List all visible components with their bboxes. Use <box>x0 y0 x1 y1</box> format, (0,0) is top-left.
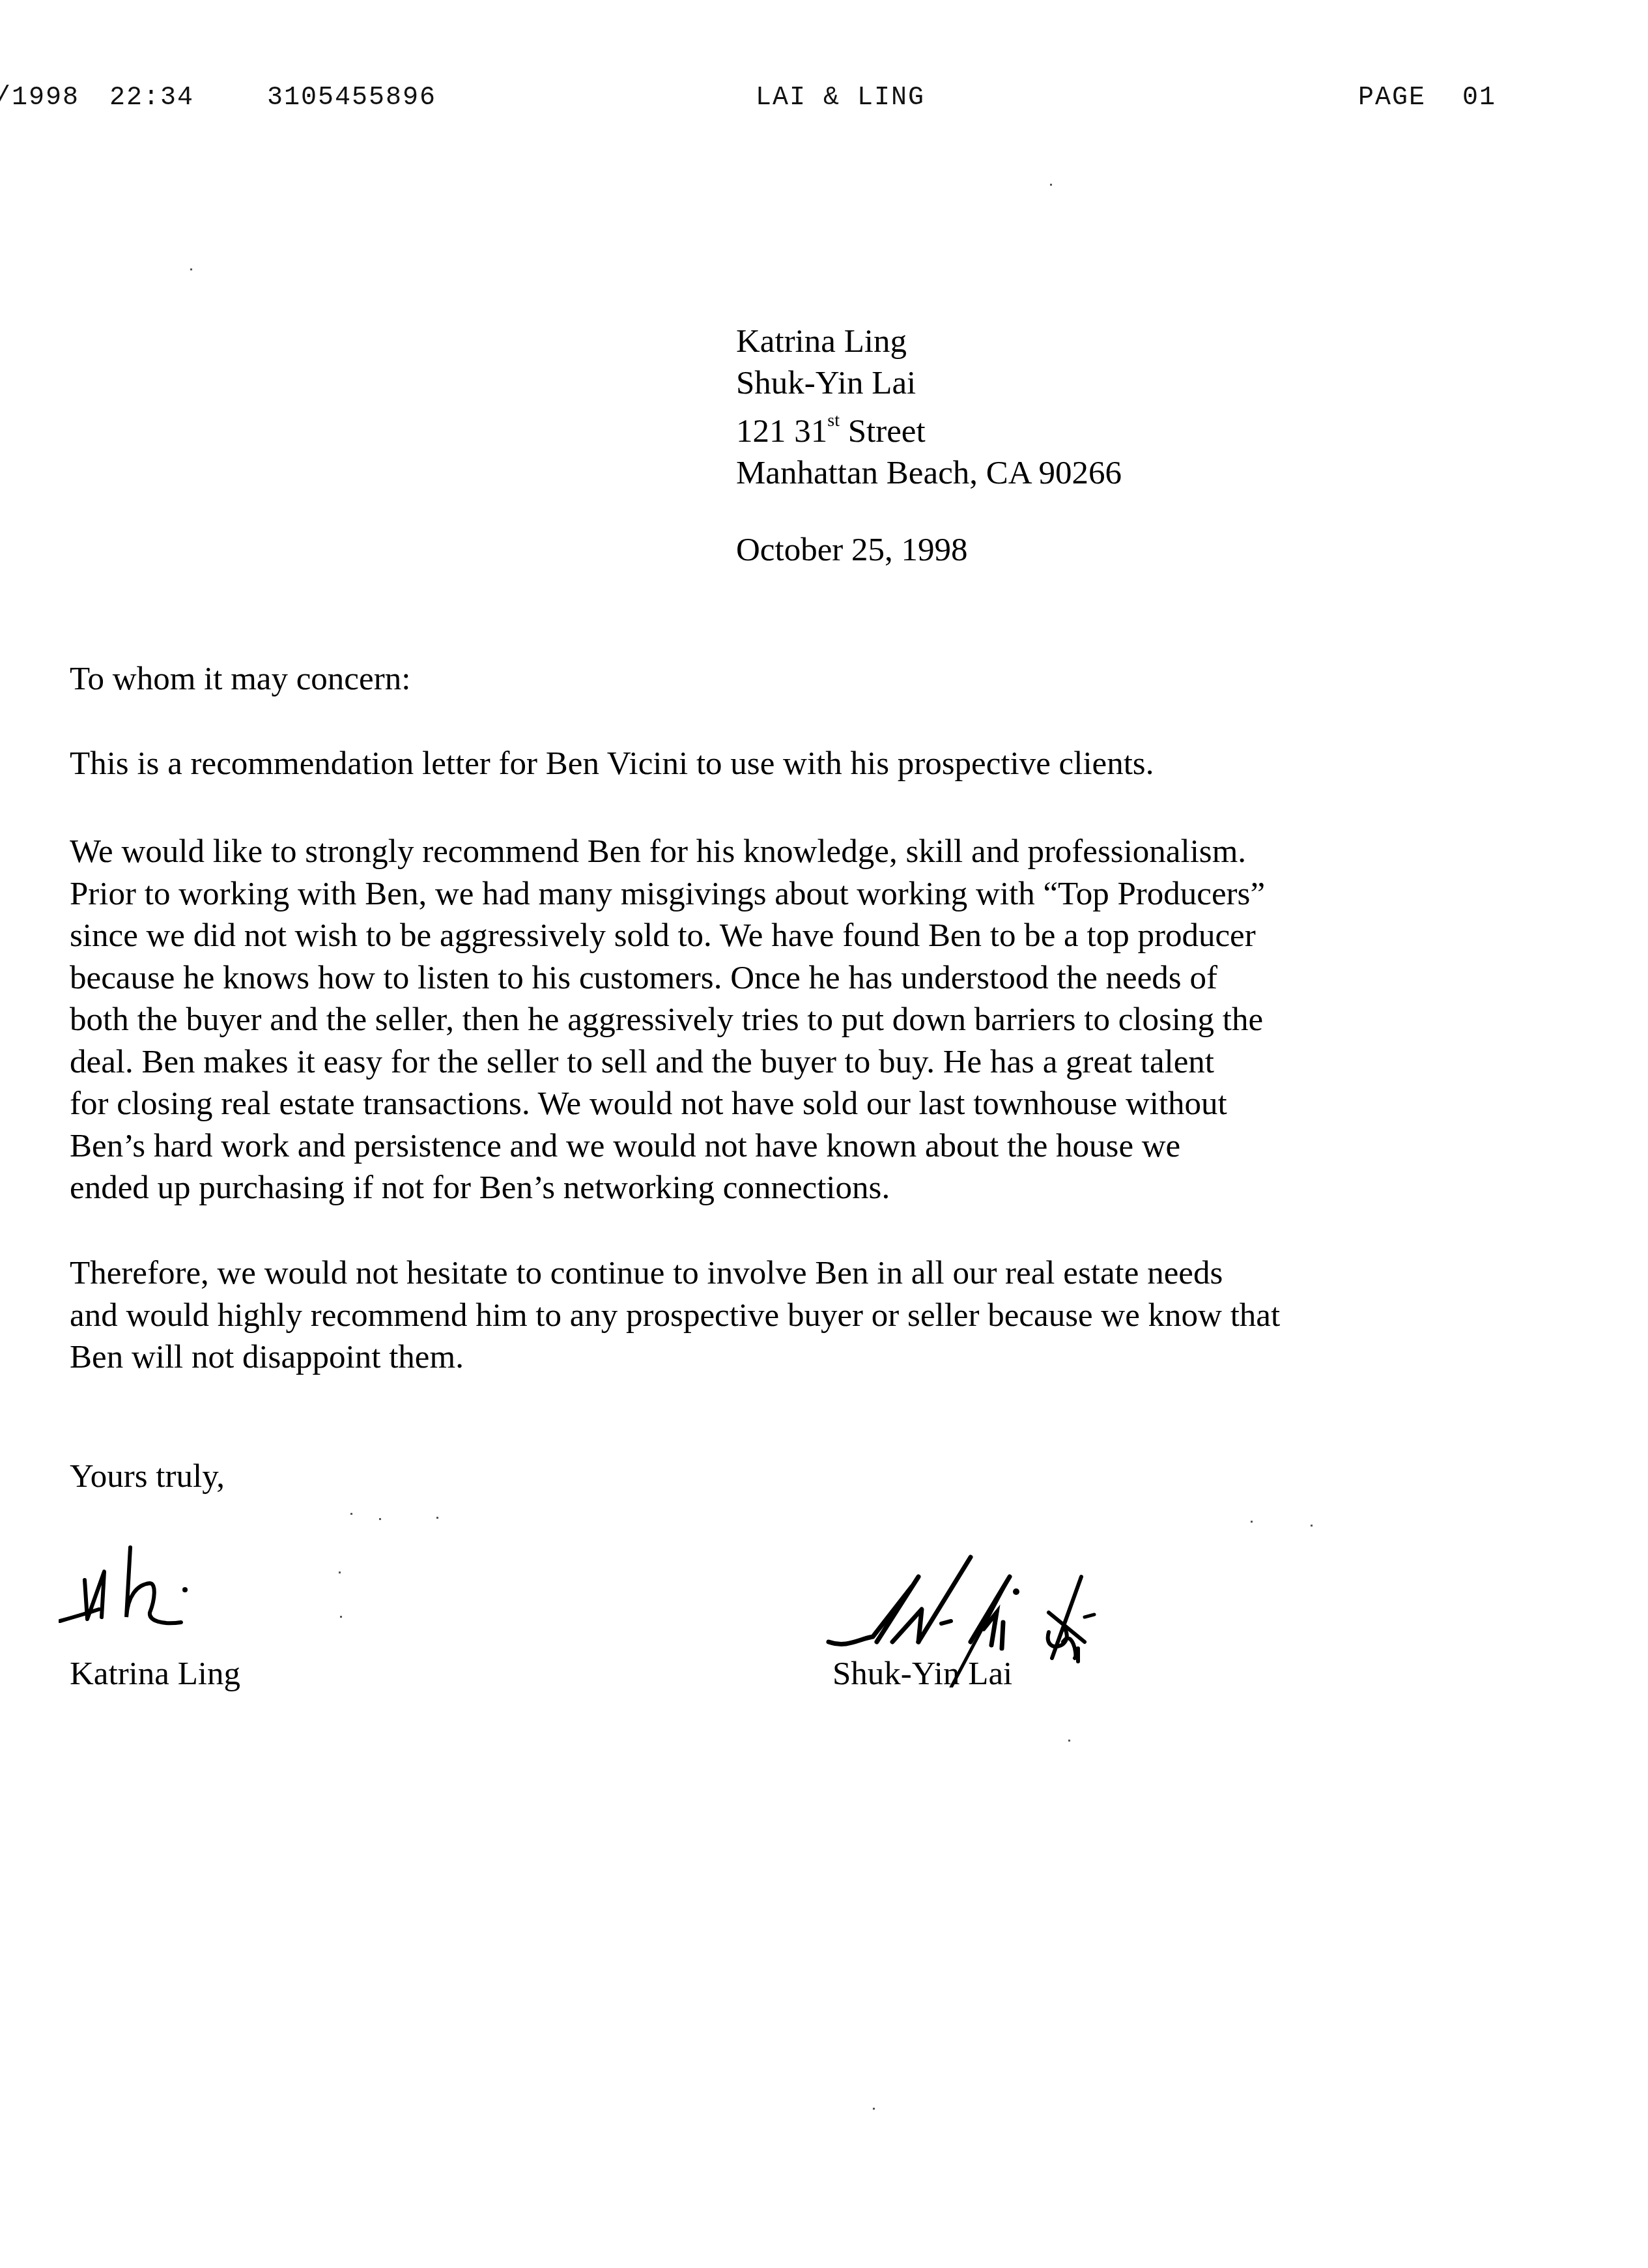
paragraph-line: because he knows how to listen to his cu… <box>70 957 1425 999</box>
scan-speck <box>1311 1525 1313 1527</box>
salutation: To whom it may concern: <box>70 658 1425 700</box>
paragraph-line: Prior to working with Ben, we had many m… <box>70 873 1425 915</box>
scan-speck <box>350 1513 352 1515</box>
paragraph-line: and would highly recommend him to any pr… <box>70 1295 1425 1337</box>
fax-sender: LAI & LING <box>756 83 925 113</box>
scan-speck <box>873 2108 875 2110</box>
street-ordinal-suffix: st <box>827 410 840 431</box>
paragraph-line: for closing real estate transactions. We… <box>70 1083 1425 1125</box>
paragraph-line: Ben’s hard work and persistence and we w… <box>70 1125 1425 1168</box>
scan-speck <box>1050 184 1052 186</box>
intro-paragraph: This is a recommendation letter for Ben … <box>70 743 1425 785</box>
scan-speck <box>190 268 192 270</box>
scan-speck <box>379 1518 381 1520</box>
sender-address: Katrina Ling Shuk-Yin Lai 121 31st Stree… <box>736 321 1122 494</box>
street-number: 121 31 <box>736 413 827 450</box>
body-paragraph-2: Therefore, we would not hesitate to cont… <box>70 1252 1425 1379</box>
closing: Yours truly, <box>70 1456 1425 1498</box>
typed-name-shuk-yin-lai: Shuk-Yin Lai <box>832 1653 1012 1695</box>
fax-time: 22:34 <box>109 83 194 113</box>
scan-speck <box>339 1572 341 1573</box>
paragraph-line: Ben will not disappoint them. <box>70 1336 1425 1379</box>
paragraph-line: deal. Ben makes it easy for the seller t… <box>70 1041 1425 1084</box>
signature-katrina-ling <box>59 1544 274 1642</box>
paragraph-line: We would like to strongly recommend Ben … <box>70 831 1425 873</box>
typed-name-katrina-ling: Katrina Ling <box>70 1653 240 1695</box>
sender-street: 121 31st Street <box>736 404 1122 452</box>
fax-date: /1998 <box>0 83 79 113</box>
street-name: Street <box>840 413 926 450</box>
scan-speck <box>1068 1740 1070 1742</box>
fax-page: /1998 22:34 3105455896 LAI & LING PAGE 0… <box>0 0 1648 2268</box>
paragraph-line: both the buyer and the seller, then he a… <box>70 999 1425 1041</box>
sender-name-1: Katrina Ling <box>736 321 1122 362</box>
paragraph-line: Therefore, we would not hesitate to cont… <box>70 1252 1425 1295</box>
handwritten-signature-icon <box>59 1544 274 1642</box>
fax-header: /1998 22:34 3105455896 LAI & LING PAGE 0… <box>0 83 1648 122</box>
body-paragraph-1: We would like to strongly recommend Ben … <box>70 831 1425 1209</box>
sender-name-2: Shuk-Yin Lai <box>736 362 1122 404</box>
paragraph-line: since we did not wish to be aggressively… <box>70 915 1425 957</box>
fax-page-number: 01 <box>1462 83 1496 113</box>
paragraph-line: ended up purchasing if not for Ben’s net… <box>70 1167 1425 1209</box>
fax-phone-number: 3105455896 <box>267 83 436 113</box>
scan-speck <box>1251 1521 1253 1523</box>
fax-page-label: PAGE <box>1358 83 1426 113</box>
scan-speck <box>340 1616 342 1618</box>
letter-date: October 25, 1998 <box>736 529 968 571</box>
scan-speck <box>436 1517 438 1519</box>
sender-city-state-zip: Manhattan Beach, CA 90266 <box>736 452 1122 494</box>
